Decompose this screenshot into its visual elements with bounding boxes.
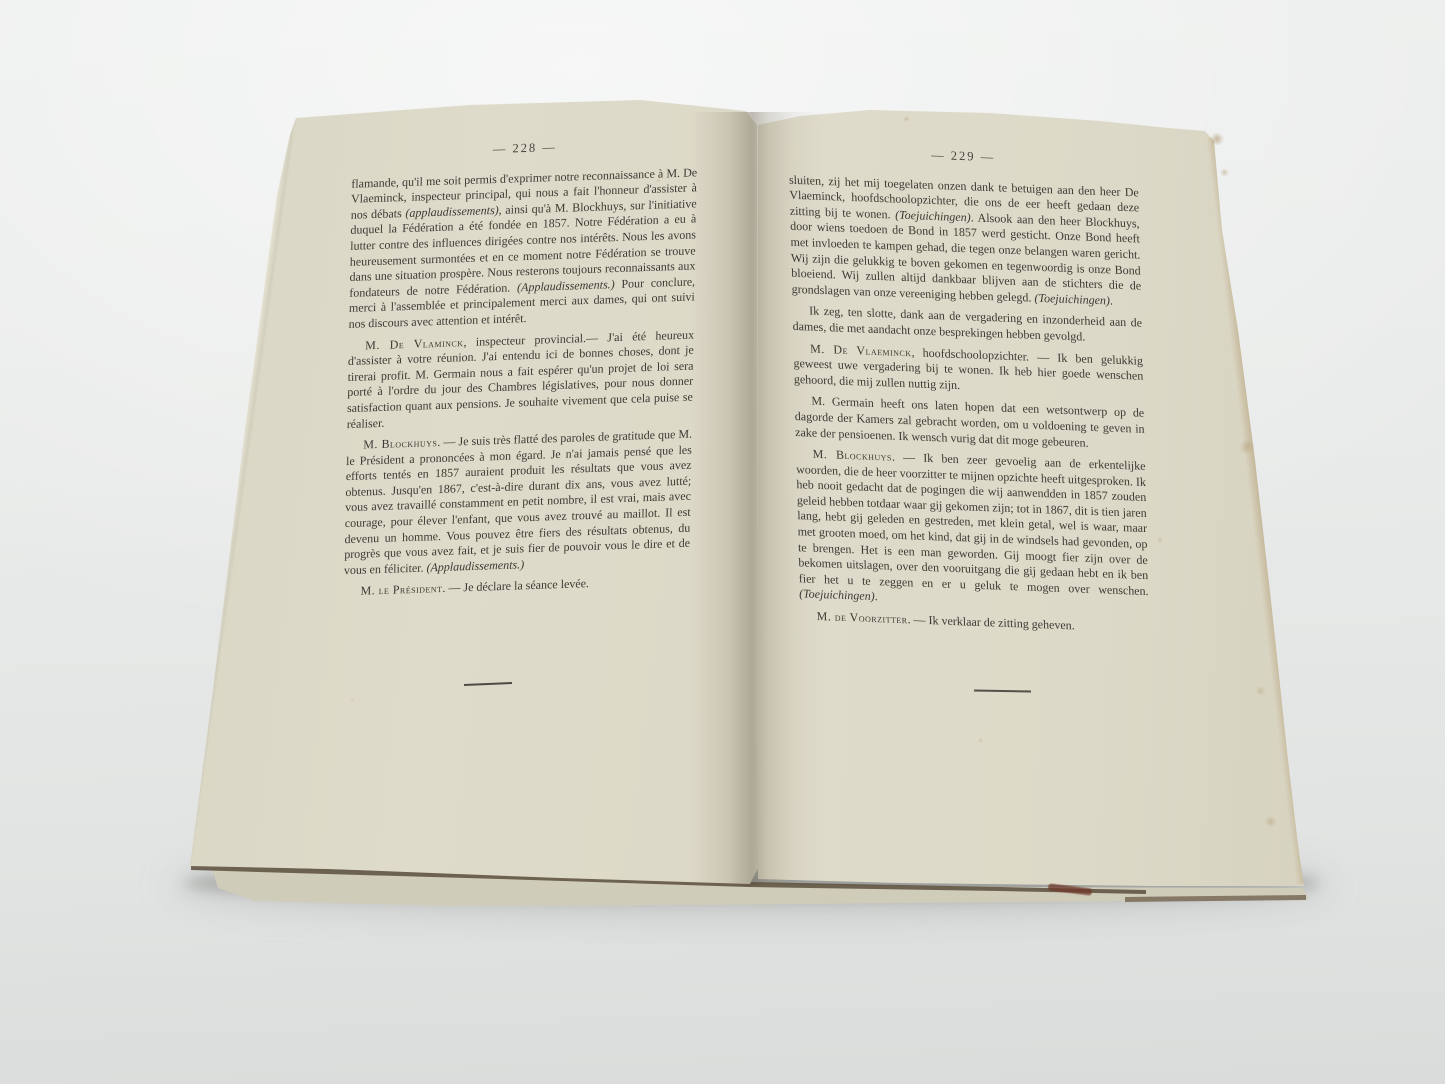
text-segment: . [1110, 293, 1113, 307]
right-page-fore-edge [1206, 136, 1309, 884]
text-segment: M. de Voorzitter [816, 609, 907, 626]
right-page-paragraphs: sluiten, zij het mij toegelaten onzen da… [789, 172, 1150, 637]
text-segment: Ik zeg, ten slotte, dank aan de vergader… [792, 304, 1142, 344]
text-segment: . — Ik ben zeer gevoelig aan de erkentel… [796, 450, 1149, 598]
text-segment: (Toejuichingen) [895, 207, 971, 224]
foxing-spot [1238, 440, 1256, 454]
text-segment: . [874, 589, 877, 603]
foxing-spot [903, 116, 910, 122]
paragraph: sluiten, zij het mij toegelaten onzen da… [789, 172, 1142, 310]
text-segment: (Applaudissements.) [426, 557, 524, 574]
left-page-paragraphs: flamande, qu'il me soit permis d'exprime… [343, 165, 697, 600]
paragraph: M. De Vlaminck, inspecteur provincial.— … [347, 327, 695, 432]
text-segment: M. De Vlaminck [365, 335, 464, 352]
text-segment: (Toejuichingen) [1034, 290, 1110, 307]
text-segment: (Applaudissements.) [517, 277, 615, 294]
text-segment: M. le Président [360, 581, 442, 598]
left-page-text: — 228 — flamande, qu'il me soit permis d… [343, 135, 698, 606]
text-segment: . Alsook aan den heer Blockhuys, door wi… [790, 210, 1141, 304]
paragraph: M. Blockhuys. — Ik ben zeer gevoelig aan… [796, 446, 1150, 615]
paragraph: Ik zeg, ten slotte, dank aan de vergader… [792, 303, 1143, 347]
foxing-spot [350, 698, 355, 702]
right-page-text: — 229 — sluiten, zij het mij toegelaten … [788, 143, 1150, 643]
text-segment: M. Blockhuys [813, 447, 892, 464]
left-page-fore-edge [182, 117, 297, 865]
paragraph: M. le Président. — Je déclare la séance … [343, 573, 689, 600]
text-segment: (Toejuichingen) [799, 587, 875, 604]
photo-scene: — 228 — flamande, qu'il me soit permis d… [0, 0, 1445, 1084]
text-segment: . — Je déclare la séance levée. [442, 577, 589, 596]
paragraph: flamande, qu'il me soit permis d'exprime… [349, 165, 698, 333]
text-segment: M. Germain heeft ons laten hopen dat een… [795, 394, 1145, 449]
text-segment: (applaudissements) [405, 203, 499, 220]
paragraph: M. De Vlaeminck, hoofdschoolopzichter. —… [793, 340, 1144, 400]
foxing-spot [1157, 537, 1163, 543]
foxing-spot [1255, 686, 1266, 696]
paragraph: M. Blockhuys. — Je suis très flatté des … [344, 427, 693, 579]
foxing-spot [1264, 816, 1277, 827]
foxing-spot [1220, 168, 1229, 177]
foxing-spot [978, 738, 983, 743]
text-segment: . — Ik verklaar de zitting geheven. [907, 612, 1075, 632]
text-segment: M. Blockhuys [363, 435, 437, 451]
paragraph: M. Germain heeft ons laten hopen dat een… [794, 393, 1145, 453]
foxing-spot [1209, 133, 1225, 145]
text-segment: M. De Vlaeminck [810, 341, 912, 359]
